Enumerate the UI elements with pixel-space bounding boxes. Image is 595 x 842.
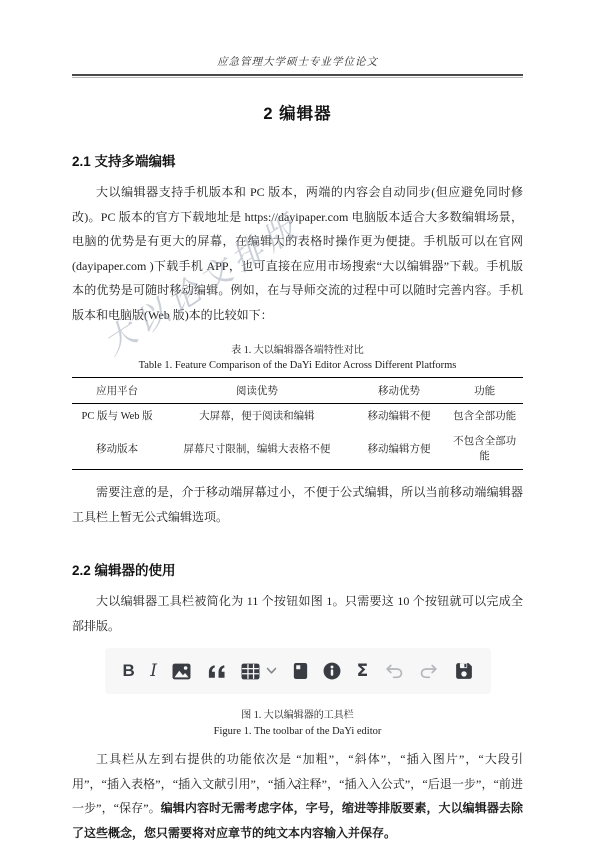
table-cell: 不包含全部功能 xyxy=(446,429,523,470)
column-header: 应用平台 xyxy=(72,378,162,404)
section-heading-2-2: 2.2 编辑器的使用 xyxy=(72,559,523,579)
table-cell: 移动编辑方便 xyxy=(352,429,447,470)
figure-caption-en: Figure 1. The toolbar of the DaYi editor xyxy=(72,726,523,737)
feature-comparison-table: 应用平台 阅读优势 移动优势 功能 PC 版与 Web 版 大屏幕，便于阅读和编… xyxy=(72,377,523,470)
table-cell: 移动编辑不便 xyxy=(352,404,447,430)
paragraph-platforms: 大以编辑器支持手机版本和 PC 版本，两端的内容会自动同步(但应避免同时修改)。… xyxy=(72,180,523,327)
redo-icon xyxy=(419,659,439,683)
editor-toolbar-figure: B I Σ xyxy=(105,648,491,694)
table-cell: 包含全部功能 xyxy=(446,404,523,430)
table-row: 移动版本 屏幕尺寸限制，编辑大表格不便 移动编辑方便 不包含全部功能 xyxy=(72,429,523,470)
table-row: PC 版与 Web 版 大屏幕，便于阅读和编辑 移动编辑不便 包含全部功能 xyxy=(72,404,523,430)
paragraph-toolbar-functions: 工具栏从左到右提供的功能依次是 “加粗”，“斜体”，“插入图片”，“大段引用”，… xyxy=(72,747,523,842)
table-cell: PC 版与 Web 版 xyxy=(72,404,162,430)
table-header-row: 应用平台 阅读优势 移动优势 功能 xyxy=(72,378,523,404)
save-icon xyxy=(455,659,473,683)
table-cell: 屏幕尺寸限制，编辑大表格不便 xyxy=(162,429,351,470)
paragraph-toolbar-intro: 大以编辑器工具栏被简化为 11 个按钮如图 1。只需要这 10 个按钮就可以完成… xyxy=(72,589,523,638)
table-caption-en: Table 1. Feature Comparison of the DaYi … xyxy=(72,360,523,371)
bold-icon: B xyxy=(123,659,135,683)
insert-table-group xyxy=(241,659,277,683)
table-cell: 移动版本 xyxy=(72,429,162,470)
page-number: 2 xyxy=(0,779,595,790)
column-header: 功能 xyxy=(446,378,523,404)
section-heading-2-1: 2.1 支持多端编辑 xyxy=(72,150,523,170)
chevron-down-icon xyxy=(266,659,277,683)
insert-annotation-icon xyxy=(323,659,341,683)
chapter-title: 2 编辑器 xyxy=(72,100,523,124)
insert-citation-icon xyxy=(293,659,308,683)
insert-image-icon xyxy=(172,659,191,683)
paragraph-text: 电脑版本适合大多数编辑场景，电脑的优势是有更大的屏幕，在编辑大的表格时操作更为便… xyxy=(72,210,523,322)
header-rule xyxy=(72,74,523,76)
insert-table-icon xyxy=(241,659,260,683)
thesis-page: 应急管理大学硕士专业学位论文 2 编辑器 2.1 支持多端编辑 大以编辑器支持手… xyxy=(0,0,595,842)
figure-caption-zh: 图 1. 大以编辑器的工具栏 xyxy=(72,706,523,721)
header-rule-thin xyxy=(72,77,523,78)
column-header: 移动优势 xyxy=(352,378,447,404)
italic-icon: I xyxy=(150,659,157,683)
download-url-link[interactable]: https://dayipaper.com xyxy=(245,210,349,224)
column-header: 阅读优势 xyxy=(162,378,351,404)
blockquote-icon xyxy=(207,659,226,683)
table-cell: 大屏幕，便于阅读和编辑 xyxy=(162,404,351,430)
paragraph-formula-note: 需要注意的是，介于移动端屏幕过小，不便于公式编辑，所以当前移动端编辑器工具栏上暂… xyxy=(72,480,523,529)
running-header: 应急管理大学硕士专业学位论文 xyxy=(72,54,523,69)
table-caption-zh: 表 1. 大以编辑器各端特性对比 xyxy=(72,341,523,356)
undo-icon xyxy=(384,659,404,683)
insert-formula-icon: Σ xyxy=(357,659,369,683)
